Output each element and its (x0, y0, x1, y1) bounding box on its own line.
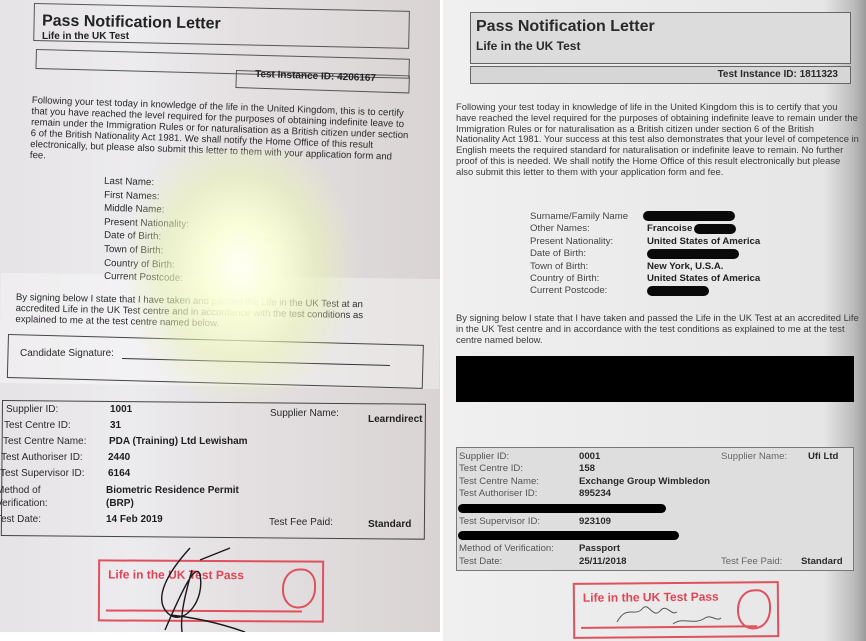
field-value-redacted (647, 211, 760, 223)
stamp-line (106, 609, 302, 612)
field-label: Country of Birth: (530, 273, 628, 285)
detail-value: 0001 (579, 451, 600, 462)
detail-label: Test Centre ID: (459, 463, 523, 474)
detail-value: 923109 (579, 516, 611, 527)
date-of-birth-fragment: 99 (264, 237, 273, 246)
candidate-fields: Last Name: First Names: Middle Name: Pre… (104, 176, 189, 285)
detail-value: 31 (110, 420, 121, 431)
field-value: United States of America (647, 273, 760, 285)
stamp-flourish-icon (737, 589, 771, 629)
field-label: Town of Birth: (530, 261, 628, 273)
supplier-name-value: Learndirect (368, 414, 422, 425)
left-letter-photo: Pass Notification Letter Life in the UK … (0, 0, 440, 632)
detail-label: Test Authoriser ID: (1, 452, 83, 463)
field-value: Francoise (647, 223, 760, 235)
detail-label: Supplier ID: (459, 451, 509, 462)
candidate-field-labels: Surname/Family Name Other Names: Present… (530, 211, 628, 298)
field-label: Current Postcode: (104, 270, 189, 286)
intro-paragraph: Following your test today in knowledge o… (30, 95, 412, 174)
supplier-name-label: Supplier Name: (270, 408, 339, 419)
detail-label: Test Supervisor ID: (459, 516, 540, 527)
declaration-paragraph: By signing below I state that I have tak… (456, 313, 860, 345)
field-value-redacted (647, 285, 760, 297)
right-letter-photo: Pass Notification Letter Life in the UK … (443, 0, 866, 641)
detail-label: Test Centre Name: (459, 476, 539, 487)
letter-subtitle: Life in the UK Test (42, 31, 129, 42)
field-label: Present Nationality: (530, 236, 628, 248)
stamp-line (581, 625, 757, 629)
detail-label: Test Authoriser ID: (459, 488, 537, 499)
letter-subtitle: Life in the UK Test (476, 39, 580, 53)
redaction-bar (458, 531, 679, 540)
detail-value: 158 (579, 463, 595, 474)
test-fee-value: Standard (368, 519, 411, 530)
supplier-name-value: Ufi Ltd (808, 451, 838, 462)
test-fee-value: Standard (801, 556, 843, 567)
detail-label: Test Date: (459, 556, 502, 567)
test-fee-label: Test Fee Paid: (721, 556, 782, 567)
signature-label: Candidate Signature: (20, 348, 114, 359)
candidate-field-values: Francoise United States of America New Y… (647, 211, 760, 298)
detail-value: Exchange Group Wimbledon (579, 476, 710, 487)
stamp-text: Life in the UK Test Pass (108, 567, 244, 582)
pass-stamp: Life in the UK Test Pass (98, 559, 324, 622)
pass-stamp: Life in the UK Test Pass (573, 581, 779, 639)
field-label: Other Names: (530, 223, 628, 235)
detail-label: Test Centre Name: (3, 436, 86, 447)
field-value: New York, U.S.A. (647, 261, 760, 273)
intro-paragraph: Following your test today in knowledge o… (456, 102, 860, 178)
detail-value: 895234 (579, 488, 611, 499)
detail-value: 2440 (108, 452, 130, 463)
detail-value: 25/11/2018 (579, 556, 627, 567)
redaction-bar (458, 504, 666, 513)
field-value: United States of America (647, 236, 760, 248)
detail-label: Test Date: (0, 514, 41, 525)
redaction-bar (694, 224, 736, 234)
redaction-bar (647, 286, 709, 296)
stamp-text: Life in the UK Test Pass (583, 590, 719, 605)
field-label: Surname/Family Name (530, 211, 628, 223)
stamp-flourish-icon (282, 568, 316, 608)
test-instance-id: Test Instance ID: 1811323 (718, 69, 838, 80)
detail-label: Test Supervisor ID: (0, 468, 84, 479)
detail-value: Passport (579, 543, 620, 554)
letter-title: Pass Notification Letter (476, 18, 655, 36)
detail-label: Method of Verification: (459, 543, 554, 554)
field-value-redacted (647, 248, 760, 260)
detail-label: Supplier ID: (6, 404, 58, 415)
field-value-text: Francoise (647, 223, 692, 234)
detail-value: 14 Feb 2019 (106, 514, 163, 525)
field-label: Date of Birth: (530, 248, 628, 260)
detail-label: Method of Verification: (0, 484, 66, 510)
redaction-bar (643, 211, 735, 221)
field-label: Current Postcode: (530, 285, 628, 297)
detail-value: PDA (Training) Ltd Lewisham (109, 436, 248, 447)
detail-value: 1001 (110, 404, 132, 415)
detail-label: Test Centre ID: (4, 420, 71, 431)
redaction-bar (647, 249, 739, 259)
signature-redaction (456, 356, 854, 402)
detail-value: Biometric Residence Permit (BRP) (106, 484, 266, 510)
supplier-name-label: Supplier Name: (721, 451, 787, 462)
detail-value: 6164 (108, 468, 130, 479)
test-fee-label: Test Fee Paid: (269, 517, 333, 528)
